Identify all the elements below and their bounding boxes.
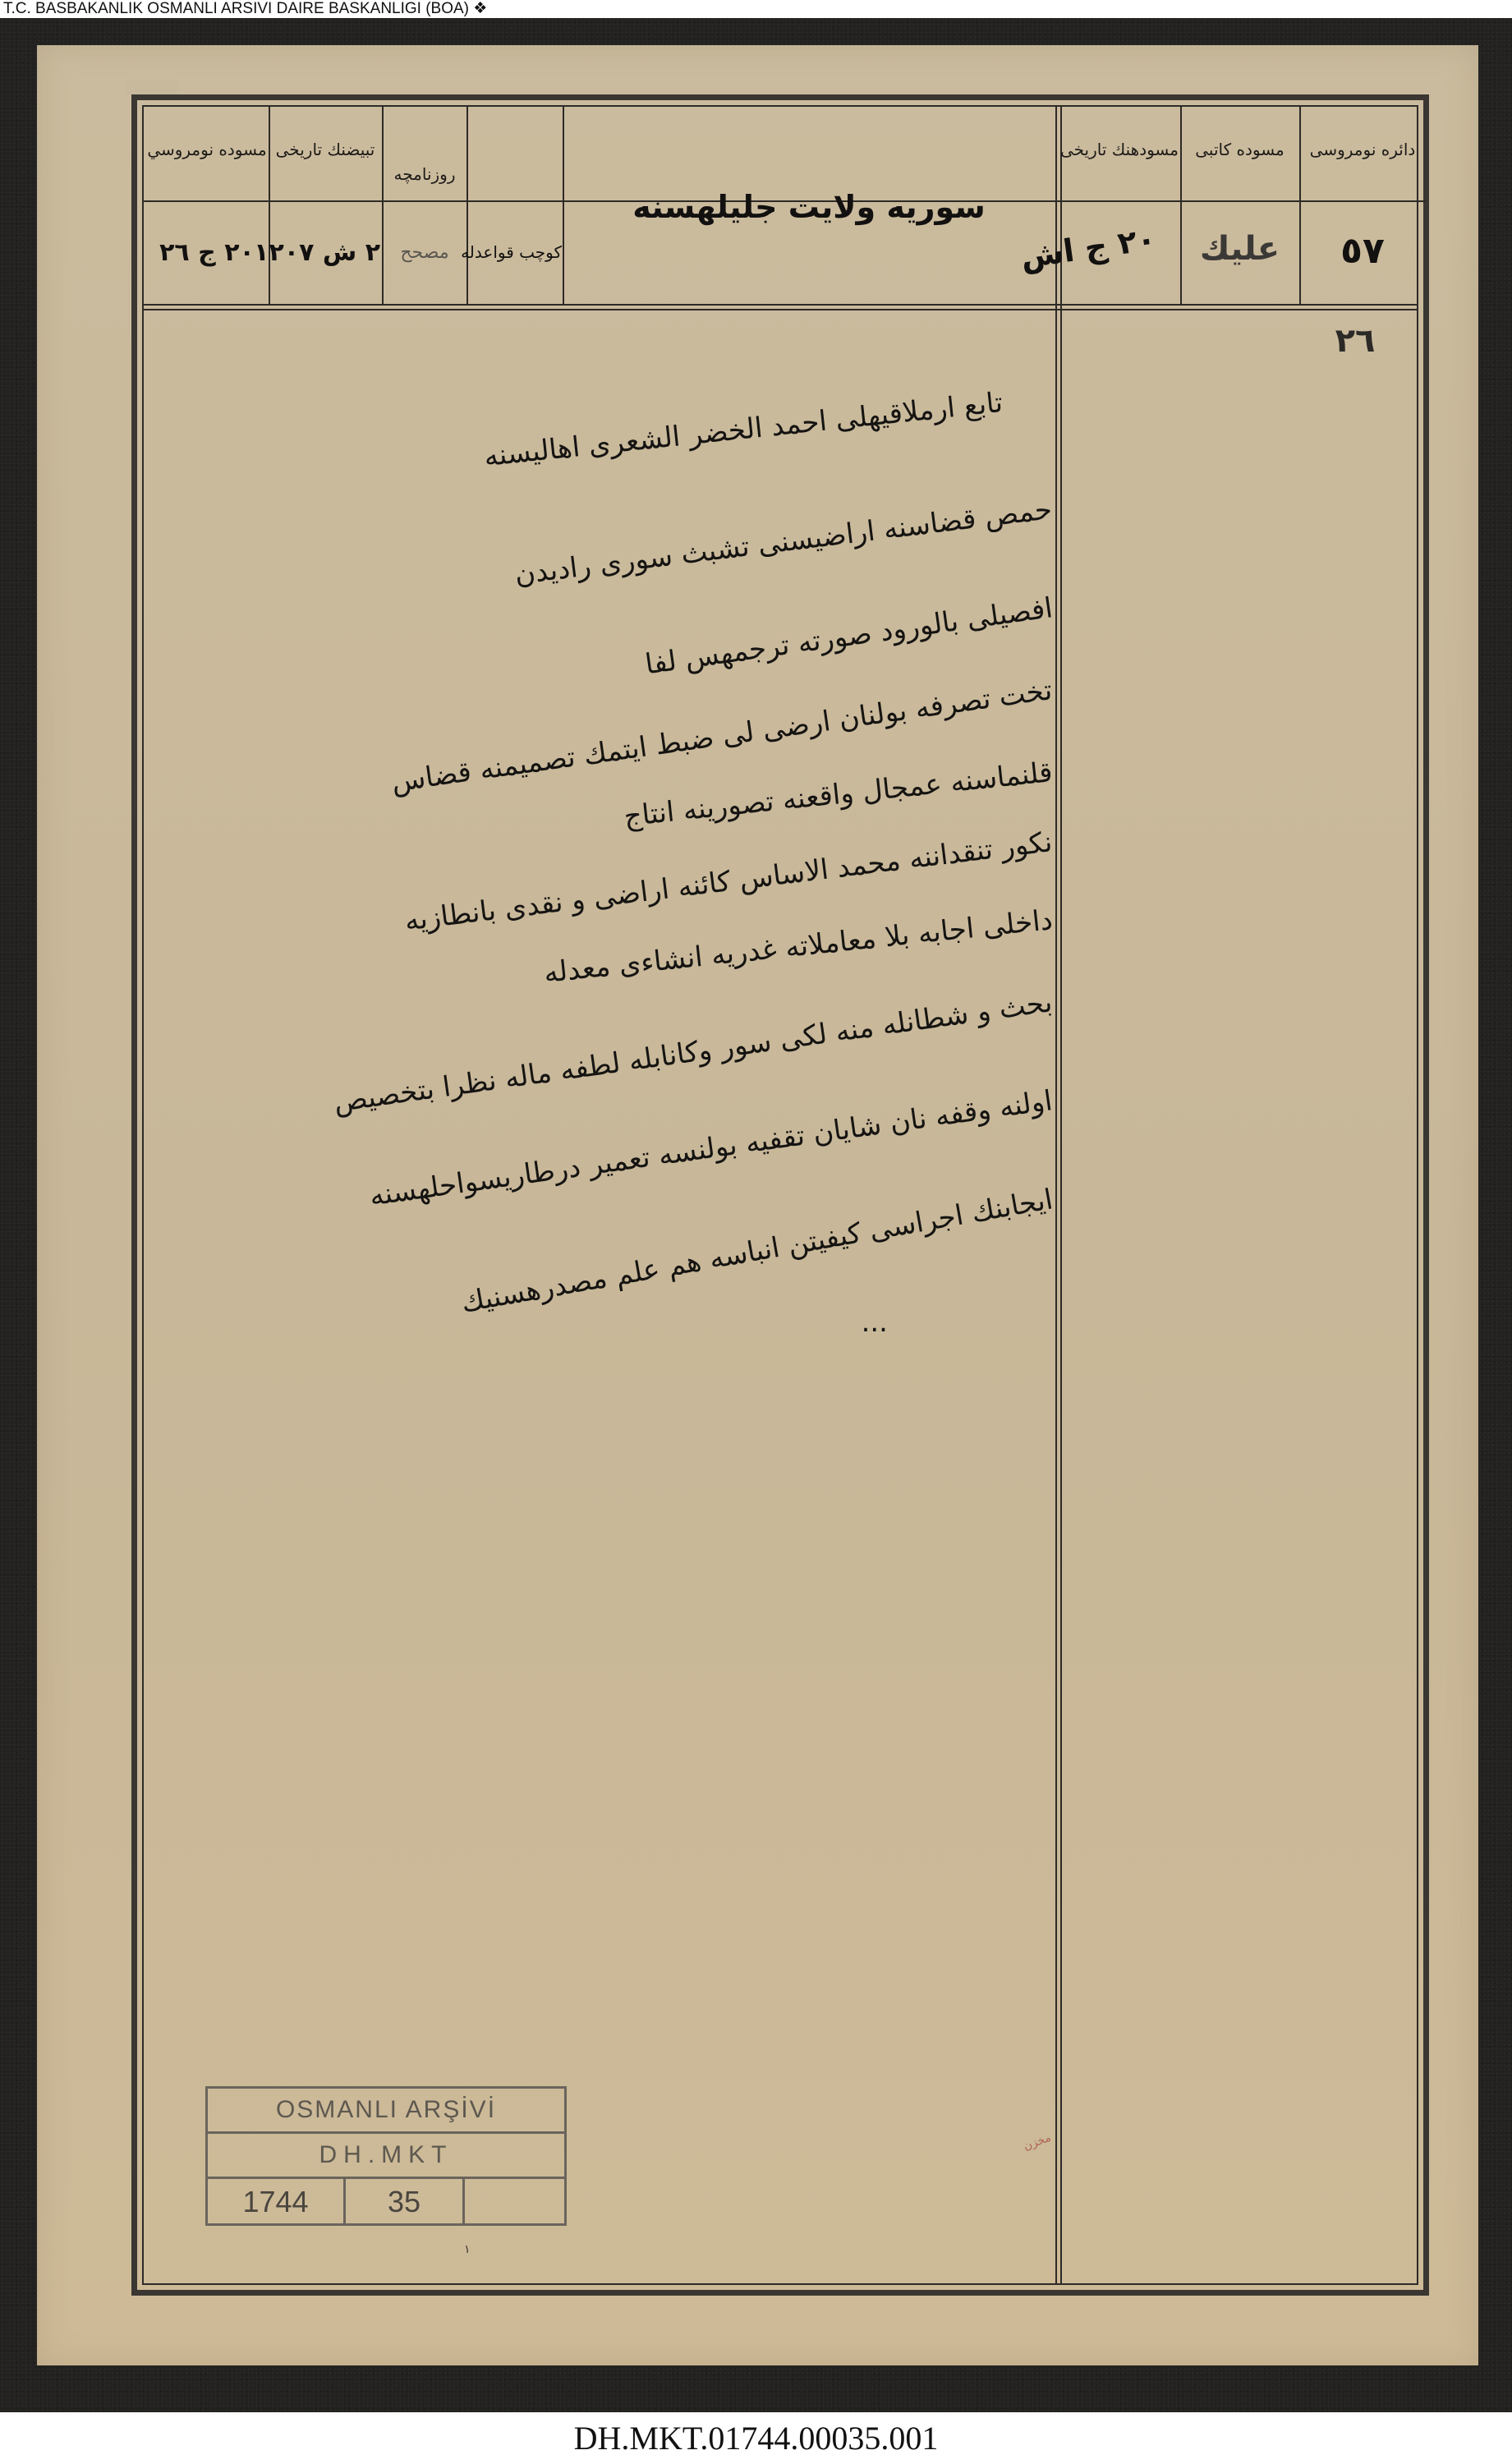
paper-tab <box>126 80 179 94</box>
dispatch-note-value: كوچب قواعدله <box>468 242 562 262</box>
header-bottom-rule <box>144 304 1417 306</box>
document-subject: سوريه ولايت جليلهسنه <box>571 189 1047 225</box>
page-mark: ١ <box>464 2242 471 2256</box>
col-divider <box>269 107 270 304</box>
archive-stamp: OSMANLI ARŞİVİ DH.MKT 1744 35 <box>205 2086 567 2226</box>
reference-code: DH.MKT.01744.00035.001 <box>0 2412 1512 2464</box>
col-divider <box>563 107 564 304</box>
body-ellipsis: ... <box>862 1306 888 1339</box>
draft-date-label: مسودهنك تاريخی <box>1062 140 1179 159</box>
stamp-title: OSMANLI ARŞİVİ <box>208 2089 564 2134</box>
main-column-divider <box>1055 107 1057 2283</box>
margin-number: ٢٦ <box>1310 322 1400 360</box>
office-number-label: دائره نومروسی <box>1301 140 1424 159</box>
draft-number-value: ٢٠ ج ٢٦ <box>147 238 267 267</box>
draft-clerk-label: مسوده كاتبی <box>1182 140 1298 159</box>
col-divider <box>466 107 468 304</box>
col-divider <box>1180 107 1182 304</box>
archive-banner: T.C. BASBAKANLIK OSMANLI ARSIVI DAIRE BA… <box>0 0 487 18</box>
stamp-fond: DH.MKT <box>208 2134 564 2179</box>
header-row-divider-right <box>1055 200 1427 202</box>
draft-clerk-signature: علیك <box>1182 230 1298 268</box>
office-number-value: ٥٧ <box>1301 230 1424 272</box>
header-bottom-rule-double <box>144 309 1417 310</box>
fair-copy-date-value: ٢ ش ١٢٠٧ <box>270 238 380 267</box>
draft-date-value: ٢٠ ج اش <box>996 218 1180 278</box>
register-label: روزنامچه <box>384 164 466 184</box>
stamp-file-number: 35 <box>346 2179 465 2224</box>
stamp-extra-cell <box>465 2179 563 2224</box>
main-column-divider-double <box>1060 107 1062 2283</box>
col-divider <box>382 107 384 304</box>
register-value: مصحح <box>384 242 466 263</box>
stamp-box-number: 1744 <box>208 2179 346 2224</box>
col-divider <box>1299 107 1301 304</box>
draft-number-label: مسوده نومروسي <box>147 140 267 159</box>
fair-copy-date-label: تبيضنك تاريخی <box>270 140 380 159</box>
